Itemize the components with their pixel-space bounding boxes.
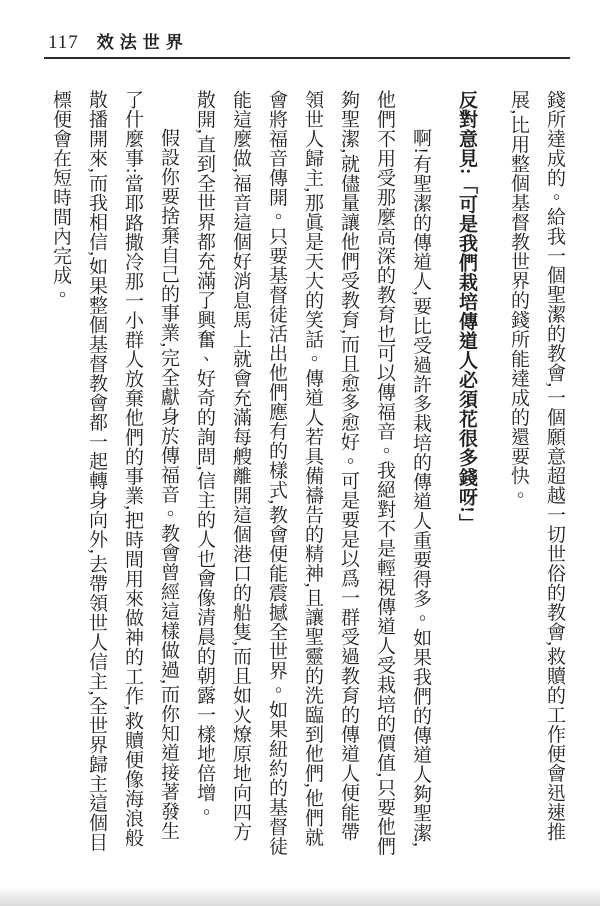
- body-paragraph: 啊!有聖潔的傳道人,要比受過許多栽培的傳道人重要得多。如果我們的傳道人夠聖潔,他…: [186, 90, 438, 858]
- page-body: 錢所達成的。給我一個聖潔的教會,一個願意超越一切世俗的教會,救贖的工作便會迅速推…: [26, 90, 572, 858]
- objection-heading: 反對意見:「可是我們栽培傳道人必須花很多錢呀!」: [448, 90, 484, 858]
- page-number: 117: [48, 32, 79, 54]
- body-paragraph: 假設你要捨棄自己的事業,完全獻身於傳福音。教會曾經這樣做過,而你知道接著發生了什…: [42, 90, 186, 858]
- running-title: 效法世界: [97, 28, 189, 53]
- header-divider: [44, 57, 570, 59]
- body-paragraph-continuation: 錢所達成的。給我一個聖潔的教會,一個願意超越一切世俗的教會,救贖的工作便會迅速推…: [500, 90, 572, 858]
- book-page: 117 效法世界 錢所達成的。給我一個聖潔的教會,一個願意超越一切世俗的教會,救…: [0, 0, 600, 906]
- running-header: 117 效法世界: [48, 28, 189, 54]
